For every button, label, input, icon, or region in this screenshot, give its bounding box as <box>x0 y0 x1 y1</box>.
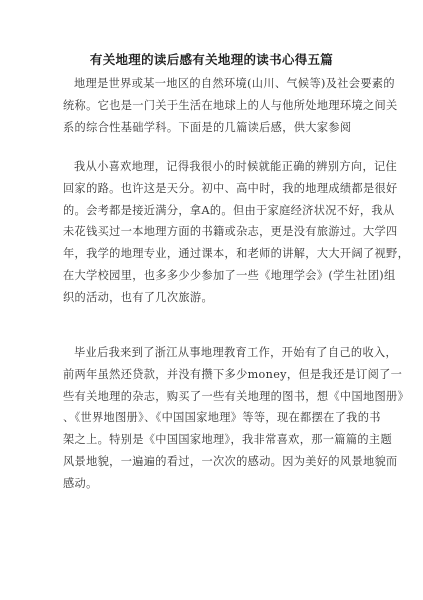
text-line: 系的综合性基础学科。下面是的几篇读后感，供大家参阅 <box>63 117 355 139</box>
text-line: 织的活动，也有了几次旅游。 <box>63 287 355 309</box>
document-page: 有关地理的读后感有关地理的读书心得五篇 地理是世界或某一地区的自然环境(山川、气… <box>0 0 423 600</box>
text-line: 、《世界地图册》、《中国国家地理》等等，现在都摆在了我的书 <box>63 407 355 429</box>
text-line: 我从小喜欢地理，记得我很小的时候就能正确的辨别方向，记住 <box>63 156 355 178</box>
paragraph-childhood: 我从小喜欢地理，记得我很小的时候就能正确的辨别方向，记住 回家的路。也许这是天分… <box>63 156 355 309</box>
text-line: 年，我学的地理专业，通过课本，和老师的讲解，大大开阔了视野， <box>63 243 355 265</box>
text-line: 些有关地理的杂志，购买了一些有关地理的图书，想《中国地图册》 <box>63 386 355 408</box>
text-line: 毕业后我来到了浙江从事地理教育工作，开始有了自己的收入， <box>63 342 355 364</box>
text-line: 前两年虽然还贷款，并没有攒下多少money，但是我还是订阅了一 <box>63 364 355 386</box>
paragraph-career: 毕业后我来到了浙江从事地理教育工作，开始有了自己的收入， 前两年虽然还贷款，并没… <box>63 342 355 495</box>
text-line: 未花钱买过一本地理方面的书籍或杂志，更是没有旅游过。大学四 <box>63 221 355 243</box>
text-line: 回家的路。也许这是天分。初中、高中时，我的地理成绩都是很好 <box>63 178 355 200</box>
text-line: 在大学校园里，也多多少少参加了一些《地理学会》(学生社团)组 <box>63 265 355 287</box>
text-line: 地理是世界或某一地区的自然环境(山川、气候等)及社会要素的 <box>63 73 355 95</box>
document-title: 有关地理的读后感有关地理的读书心得五篇 <box>0 51 423 69</box>
text-line: 统称。它也是一门关于生活在地球上的人与他所处地理环境之间关 <box>63 95 355 117</box>
paragraph-intro: 地理是世界或某一地区的自然环境(山川、气候等)及社会要素的 统称。它也是一门关于… <box>63 73 355 138</box>
text-line: 感动。 <box>63 473 355 495</box>
text-line: 的。会考都是接近满分，拿A的。但由于家庭经济状况不好，我从 <box>63 200 355 222</box>
text-line: 架之上。特别是《中国国家地理》，我非常喜欢，那一篇篇的主题 <box>63 429 355 451</box>
text-line: 风景地貌，一遍遍的看过，一次次的感动。因为美好的风景地貌而 <box>63 451 355 473</box>
